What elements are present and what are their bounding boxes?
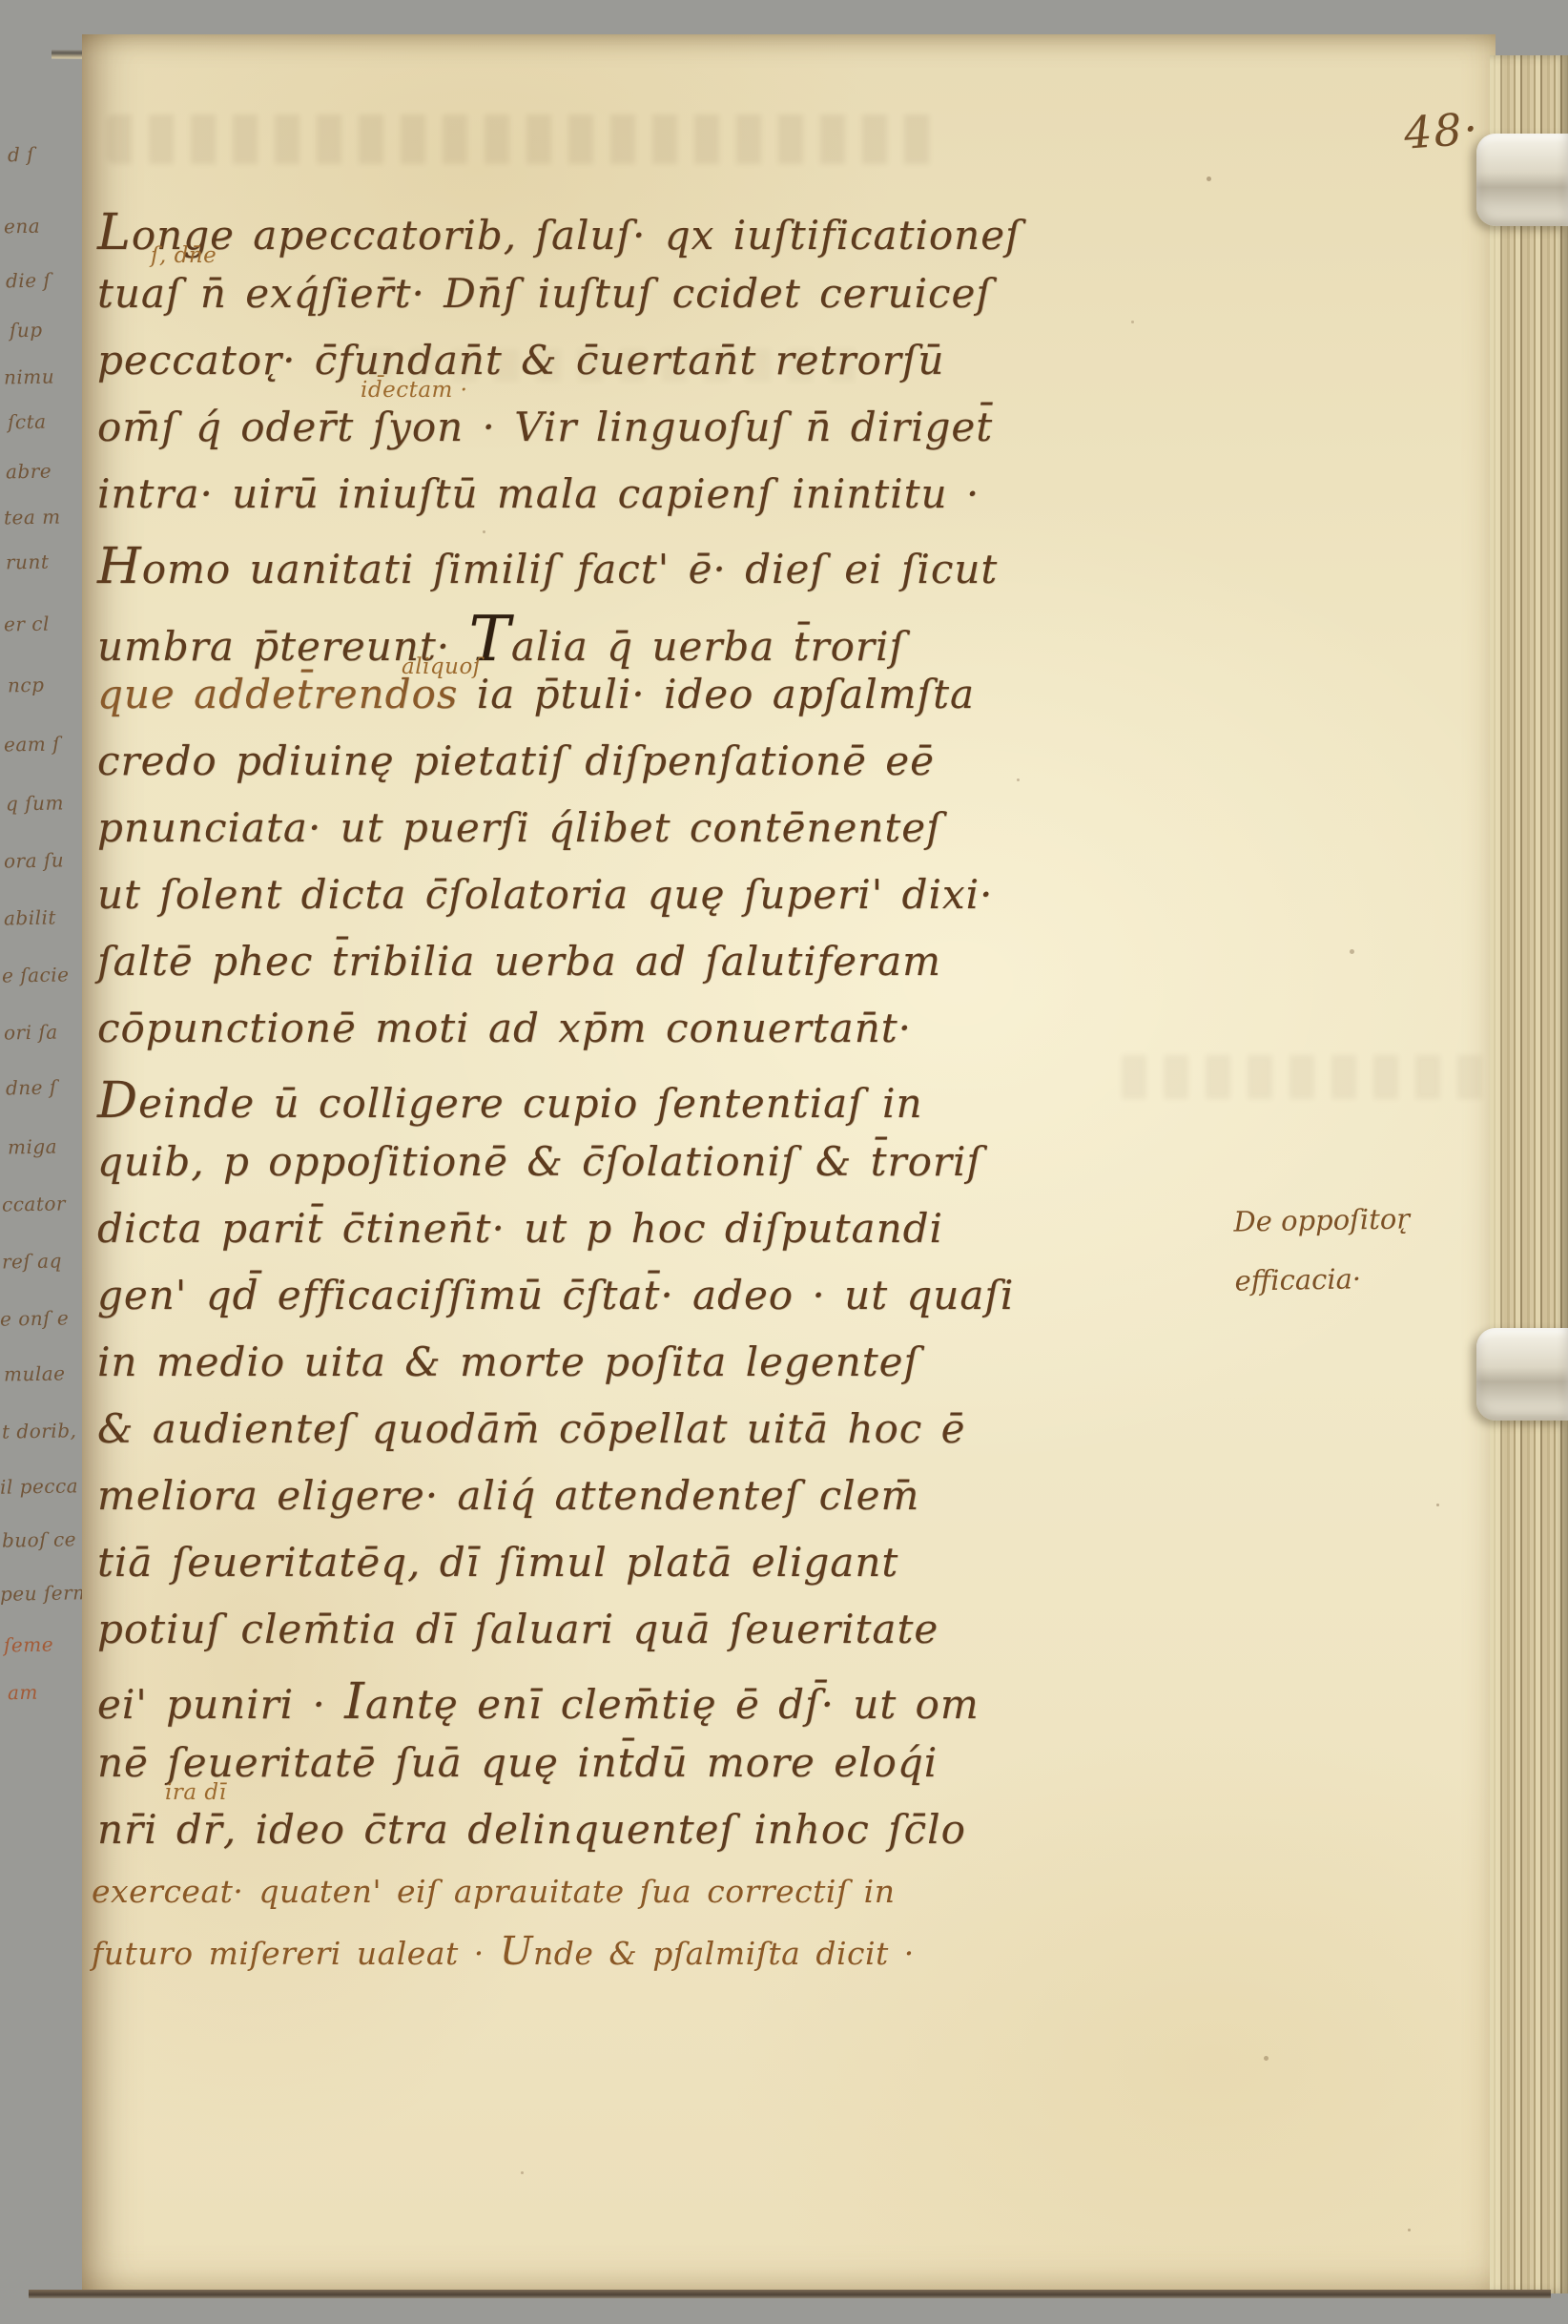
facing-page-text-fragment: mulae	[4, 1361, 66, 1385]
facing-page-text-fragment: e ſacie	[2, 963, 70, 986]
facing-page-text-fragment: miga	[8, 1135, 58, 1159]
margin-note-line: De oppoſitor̨	[1233, 1189, 1411, 1251]
text-line: ei' puniri · Iantę enī clem̄tię ē dſ̄· u…	[97, 1672, 1223, 1739]
text-line: tuaſ n̄ exq́ſier̄t· Dn̄ſ iuſtuſ ccidet c…	[97, 270, 1223, 337]
interlinear-gloss: id̄ectam ·	[361, 378, 467, 403]
scanned-manuscript-photo: { "page": { "folio_number": "48·", "ink_…	[0, 0, 1568, 2324]
text-line: potiuſ clem̄tia dī ſaluari quā ſeueritat…	[97, 1606, 1223, 1672]
text-line: tiā ſeueritatēq, dī ſimul platā eligant	[97, 1539, 1223, 1606]
facing-page-text-fragment: ccator	[2, 1192, 66, 1215]
margin-note-line: efficacia·	[1234, 1248, 1412, 1310]
facing-page-text-fragment: reſ aq	[2, 1249, 62, 1273]
text-line: futuro miſereri ualeat · Unde & pſalmiſt…	[92, 1928, 1223, 1983]
facing-page-text-fragment: tea m	[4, 505, 61, 529]
facing-page-text-fragment: ſeme	[4, 1633, 53, 1657]
facing-page-text-fragment: ena	[4, 215, 41, 239]
interlinear-gloss: ſ, dn̄e	[151, 243, 217, 268]
parchment-specks	[82, 34, 85, 37]
facing-page-text-fragment: abilit	[4, 906, 56, 930]
page-tab-top	[1476, 134, 1568, 226]
book-bottom-edge	[29, 2290, 1551, 2298]
facing-page-text-fragment: ncp	[8, 674, 45, 697]
interlinear-gloss: ira dī	[165, 1780, 226, 1805]
text-line: credo pdiuinę pietatiſ diſpenſationē eē	[97, 737, 1223, 804]
text-line: om̄ſ q́ oder̄t ſyon · Vir linguoſuſ n̄ d…	[97, 404, 1223, 470]
facing-page-text-fragment: e onſ e	[0, 1306, 69, 1330]
manuscript-page: 48· Longe apeccatorib, ſaluſ· qx iuſtifi…	[82, 34, 1496, 2293]
interlinear-gloss: aliquoſ	[402, 654, 482, 679]
text-line: Deinde ū colligere cupio ſententiaſ in	[97, 1071, 1223, 1138]
text-line: Longe apeccatorib, ſaluſ· qx iuſtificati…	[97, 203, 1223, 270]
facing-page-text-fragment: peu ſerm	[0, 1581, 92, 1606]
text-line: nr̄i dr̄, ideo c̄tra delinquenteſ inhoc …	[97, 1806, 1223, 1873]
facing-page-text-fragment: ori ſa	[4, 1021, 58, 1045]
text-line: exerceat· quaten' eiſ aprauitate ſua cor…	[92, 1873, 1223, 1928]
text-line: umbra p̄tereunt· Talia q̄ uerba t̄roriſ	[97, 604, 1223, 671]
text-block: Longe apeccatorib, ſaluſ· qx iuſtificati…	[97, 203, 1223, 1983]
facing-page-text-fragment: er cl	[4, 612, 50, 636]
fore-edge-pages	[1490, 55, 1568, 2293]
text-line: Homo uanitati ſimiliſ fact' ē· dieſ ei ſ…	[97, 537, 1223, 604]
facing-page-text-fragment: eam ſ	[4, 732, 60, 756]
facing-page-text-fragment: dne ſ	[6, 1076, 57, 1100]
text-line: que addet̄rendos ia p̄tuli· ideo apſalmſ…	[97, 671, 1223, 737]
facing-page-text-fragment: abre	[6, 460, 52, 484]
facing-page-text-fragment: runt	[6, 550, 50, 574]
text-line: dicta parit̄ c̄tinen̄t· ut p hoc diſputa…	[97, 1205, 1223, 1272]
text-line: pnunciata· ut puerſi q́libet contēnenteſ	[97, 804, 1223, 871]
text-line: ut ſolent dicta c̄ſolatoria quę ſuperi' …	[97, 871, 1223, 938]
page-tab-bottom	[1476, 1328, 1568, 1421]
folio-number: 48·	[1402, 102, 1481, 158]
facing-page-text-fragment: die ſ	[6, 269, 52, 293]
text-line: in medio uita & morte poſita legenteſ	[97, 1338, 1223, 1405]
facing-page-text-fragment: nimu	[4, 365, 55, 389]
text-line: intra· uirū iniuſtū mala capienſ inintit…	[97, 470, 1223, 537]
facing-page-text-fragment: q ſum	[6, 791, 64, 815]
text-line: ſaltē phec t̄ribilia uerba ad ſalutifera…	[97, 938, 1223, 1005]
facing-page-text-fragment: d ſ	[8, 143, 34, 166]
text-line: nē ſeueritatē ſuā quę int̄dū more eloq́i	[97, 1739, 1223, 1806]
facing-page-text-fragment: t dorib,	[2, 1419, 77, 1442]
text-line: peccator̨· c̄fundan̄t & c̄uertan̄t retro…	[97, 337, 1223, 404]
text-line: & audienteſ quodām̄ cōpellat uitā hoc ē	[97, 1405, 1223, 1472]
facing-page-text-fragment: am	[8, 1681, 38, 1705]
text-line: cōpunctionē moti ad xp̄m conuertan̄t·	[97, 1005, 1223, 1071]
facing-page-text-fragment: buoſ ce	[2, 1527, 76, 1551]
margin-note: De oppoſitor̨efficacia·	[1233, 1189, 1412, 1310]
facing-page-text-fragment: ſup	[10, 319, 43, 342]
text-line: meliora eligere· aliq́ attendenteſ clem̄	[97, 1472, 1223, 1539]
facing-page-text-fragment: ora ſu	[4, 848, 65, 872]
text-line: quib, p oppoſitionē & c̄ſolationiſ & t̄r…	[97, 1138, 1223, 1205]
facing-page-text-fragment: ſcta	[8, 410, 47, 434]
previous-page-edge: d ſenadie ſſupnimuſctaabretea mrunter cl…	[0, 25, 88, 2293]
text-line: gen' qd̄ efficaciſſimū c̄ſtat̄· adeo · u…	[97, 1272, 1223, 1338]
facing-page-text-fragment: il pecca	[0, 1474, 78, 1498]
show-through-ghost	[107, 114, 946, 164]
